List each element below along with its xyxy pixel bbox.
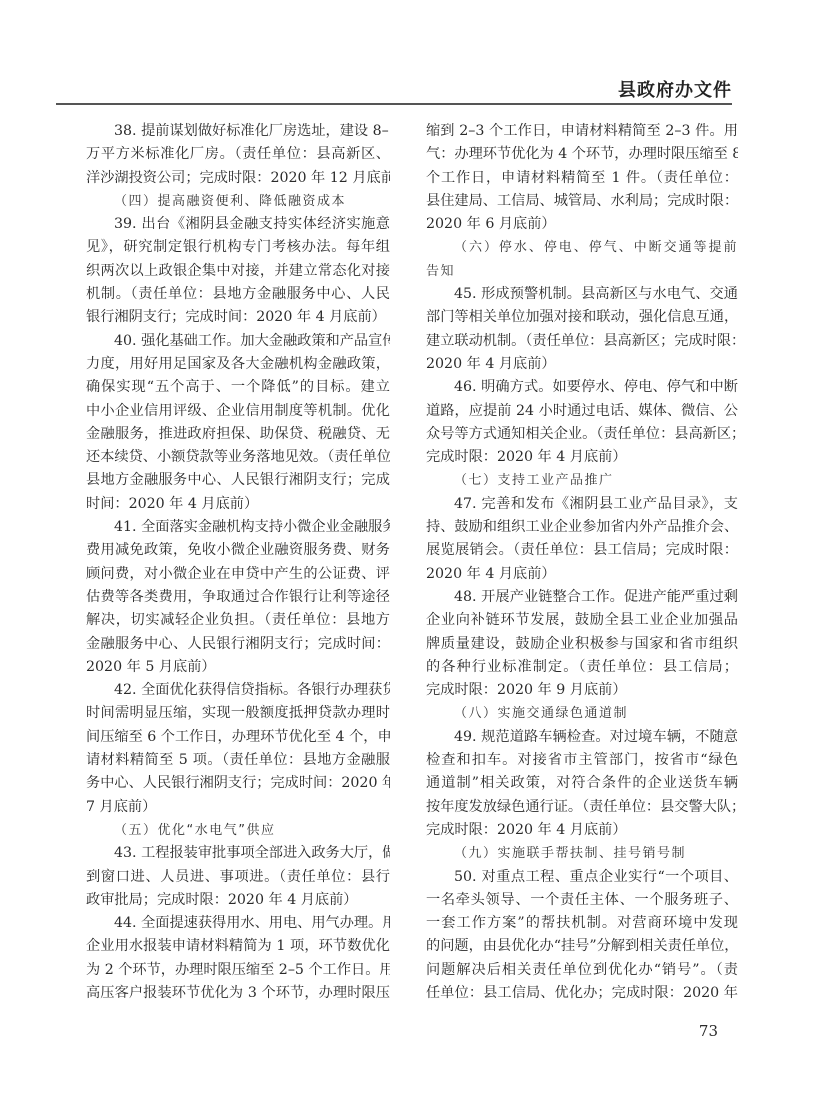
section-heading: （六）停水、停电、停气、中断交通等提前 xyxy=(426,236,738,259)
paragraph-end-line: 2020 年 5 月底前） xyxy=(86,656,390,679)
text-line: 众号等方式通知相关企业。（责任单位：县高新区； xyxy=(426,423,738,446)
text-line: 检查和扣车。对接省市主管部门，按省市“绿色 xyxy=(426,749,738,772)
text-line: 请材料精简至 5 项。（责任单位：县地方金融服 xyxy=(86,749,390,772)
paragraph-end-line: 完成时限：2020 年 9 月底前） xyxy=(426,679,738,702)
text-line: 缩到 2–3 个工作日，申请材料精简至 2–3 件。用 xyxy=(426,120,738,143)
text-line: 到窗口进、人员进、事项进。（责任单位：县行 xyxy=(86,866,390,889)
text-line: 企业用水报装申请材料精简为 1 项，环节数优化 xyxy=(86,935,390,958)
text-line: 建立联动机制。（责任单位：县高新区；完成时限： xyxy=(426,330,738,353)
section-heading: （七）支持工业产品推广 xyxy=(426,469,738,492)
section-heading: （九）实施联手帮扶制、挂号销号制 xyxy=(426,842,738,865)
text-line: 企业向补链环节发展，鼓励全县工业企业加强品 xyxy=(426,609,738,632)
paragraph-end-line: 时间：2020 年 4 月底前） xyxy=(86,493,390,516)
text-line: 持、鼓励和组织工业企业参加省内外产品推介会、 xyxy=(426,516,738,539)
text-line: 一套工作方案”的帮扶机制。对营商环境中发现 xyxy=(426,912,738,935)
paragraph-start-line: 45. 形成预警机制。县高新区与水电气、交通 xyxy=(426,283,738,306)
text-line: 确保实现“五个高于、一个降低”的目标。建立 xyxy=(86,376,390,399)
paragraph-start-line: 43. 工程报装审批事项全部进入政务大厅，做 xyxy=(86,842,390,865)
left-text-column: 38. 提前谋划做好标准化厂房选址，建设 8–10万平方米标准化厂房。（责任单位… xyxy=(86,120,390,1005)
text-line: 估费等各类费用，争取通过合作银行让利等途径 xyxy=(86,586,390,609)
text-line: 万平方米标准化厂房。（责任单位：县高新区、 xyxy=(86,143,390,166)
page-number: 73 xyxy=(699,1022,718,1040)
text-line: 高压客户报装环节优化为 3 个环节，办理时限压 xyxy=(86,982,390,1005)
text-line: 费用减免政策，免收小微企业融资服务费、财务 xyxy=(86,539,390,562)
text-line: 金融服务中心、人民银行湘阴支行；完成时间： xyxy=(86,633,390,656)
text-line: 县地方金融服务中心、人民银行湘阴支行；完成 xyxy=(86,469,390,492)
section-heading: （四）提高融资便利、降低融资成本 xyxy=(86,190,390,213)
paragraph-end-line: 完成时限：2020 年 4 月底前） xyxy=(426,446,738,469)
paragraph-start-line: 47. 完善和发布《湘阴县工业产品目录》，支 xyxy=(426,493,738,516)
paragraph-start-line: 48. 开展产业链整合工作。促进产能严重过剩 xyxy=(426,586,738,609)
paragraph-end-line: 政审批局；完成时限：2020 年 4 月底前） xyxy=(86,889,390,912)
text-line: 顾问费，对小微企业在申贷中产生的公证费、评 xyxy=(86,563,390,586)
paragraph-start-line: 42. 全面优化获得信贷指标。各银行办理获贷 xyxy=(86,679,390,702)
text-line: 个工作日，申请材料精简至 1 件。（责任单位： xyxy=(426,167,738,190)
section-heading: （八）实施交通绿色通道制 xyxy=(426,702,738,725)
document-header-title: 县政府办文件 xyxy=(618,76,732,102)
text-line: 机制。（责任单位：县地方金融服务中心、人民 xyxy=(86,283,390,306)
text-line: 通道制”相关政策，对符合条件的企业送货车辆 xyxy=(426,772,738,795)
text-line: 务中心、人民银行湘阴支行；完成时间：2020 年 xyxy=(86,772,390,795)
text-line: 县住建局、工信局、城管局、水利局；完成时限： xyxy=(426,190,738,213)
paragraph-end-line: 完成时限：2020 年 4 月底前） xyxy=(426,819,738,842)
text-line: 中小企业信用评级、企业信用制度等机制。优化 xyxy=(86,400,390,423)
paragraph-start-line: 44. 全面提速获得用水、用电、用气办理。用水： xyxy=(86,912,390,935)
paragraph-start-line: 40. 强化基础工作。加大金融政策和产品宣传 xyxy=(86,330,390,353)
text-line: 道路，应提前 24 小时通过电话、媒体、微信、公 xyxy=(426,400,738,423)
paragraph-start-line: 49. 规范道路车辆检查。对过境车辆，不随意 xyxy=(426,726,738,749)
right-text-column: 缩到 2–3 个工作日，申请材料精简至 2–3 件。用气：办理环节优化为 4 个… xyxy=(426,120,738,1005)
text-line: 力度，用好用足国家及各大金融机构金融政策， xyxy=(86,353,390,376)
text-line: 织两次以上政银企集中对接，并建立常态化对接 xyxy=(86,260,390,283)
text-line: 的各种行业标准制定。（责任单位：县工信局； xyxy=(426,656,738,679)
paragraph-start-line: 41. 全面落实金融机构支持小微企业金融服务 xyxy=(86,516,390,539)
text-line: 的问题，由县优化办“挂号”分解到相关责任单位， xyxy=(426,935,738,958)
paragraph-start-line: 46. 明确方式。如要停水、停电、停气和中断 xyxy=(426,376,738,399)
paragraph-end-line: 洋沙湖投资公司；完成时限：2020 年 12 月底前） xyxy=(86,167,390,190)
paragraph-end-line: 7 月底前） xyxy=(86,796,390,819)
text-line: 为 2 个环节，办理时限压缩至 2–5 个工作日。用电： xyxy=(86,959,390,982)
paragraph-end-line: 2020 年 6 月底前） xyxy=(426,213,738,236)
header-divider xyxy=(56,103,732,105)
text-line: 展览展销会。（责任单位：县工信局；完成时限： xyxy=(426,539,738,562)
text-line: 问题解决后相关责任单位到优化办“销号”。（责 xyxy=(426,959,738,982)
text-line: 解决，切实减轻企业负担。（责任单位：县地方 xyxy=(86,609,390,632)
paragraph-end-line: 2020 年 4 月底前） xyxy=(426,353,738,376)
paragraph-start-line: 50. 对重点工程、重点企业实行“一个项目、 xyxy=(426,866,738,889)
text-line: 见》，研究制定银行机构专门考核办法。每年组 xyxy=(86,236,390,259)
text-line: 任单位：县工信局、优化办；完成时限：2020 年 xyxy=(426,982,738,1005)
text-line: 部门等相关单位加强对接和联动，强化信息互通， xyxy=(426,306,738,329)
paragraph-end-line: 2020 年 4 月底前） xyxy=(426,563,738,586)
text-line: 时间需明显压缩，实现一般额度抵押贷款办理时 xyxy=(86,702,390,725)
text-line: 按年度发放绿色通行证。（责任单位：县交警大队； xyxy=(426,796,738,819)
text-line: 气：办理环节优化为 4 个环节，办理时限压缩至 8 xyxy=(426,143,738,166)
paragraph-start-line: 38. 提前谋划做好标准化厂房选址，建设 8–10 xyxy=(86,120,390,143)
section-heading-continued: 告知 xyxy=(426,260,738,283)
section-heading: （五）优化“水电气”供应 xyxy=(86,819,390,842)
text-line: 间压缩至 6 个工作日，办理环节优化至 4 个，申 xyxy=(86,726,390,749)
paragraph-end-line: 银行湘阴支行；完成时间：2020 年 4 月底前） xyxy=(86,306,390,329)
text-line: 牌质量建设，鼓励企业积极参与国家和省市组织 xyxy=(426,633,738,656)
text-line: 一名牵头领导、一个责任主体、一个服务班子、 xyxy=(426,889,738,912)
text-line: 还本续贷、小额贷款等业务落地见效。（责任单位： xyxy=(86,446,390,469)
paragraph-start-line: 39. 出台《湘阴县金融支持实体经济实施意 xyxy=(86,213,390,236)
text-line: 金融服务，推进政府担保、助保贷、税融贷、无 xyxy=(86,423,390,446)
